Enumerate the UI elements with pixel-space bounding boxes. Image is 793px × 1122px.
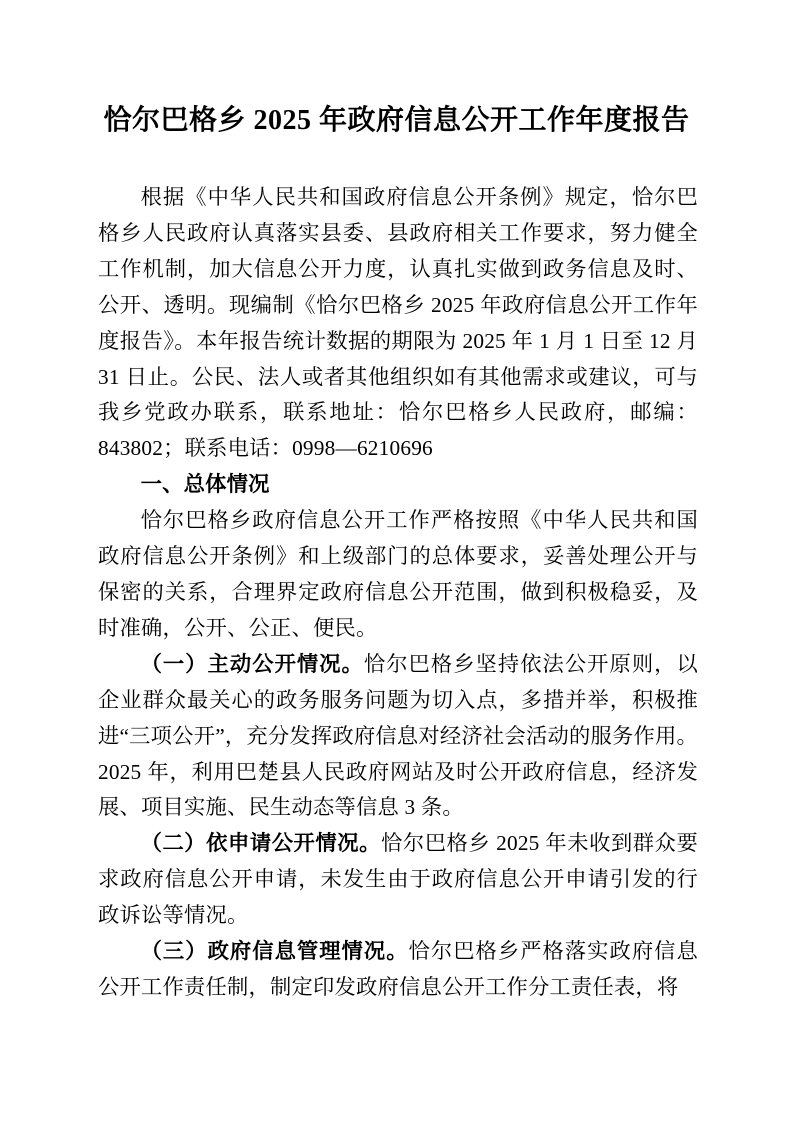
section-heading-text: 一、总体情况 <box>141 472 270 496</box>
document-page: 恰尔巴格乡 2025 年政府信息公开工作年度报告 根据《中华人民共和国政府信息公… <box>0 0 793 1122</box>
paragraph: 根据《中华人民共和国政府信息公开条例》规定，恰尔巴格乡人民政府认真落实县委、县政… <box>98 180 698 467</box>
paragraph: （二）依申请公开情况。恰尔巴格乡 2025 年未收到群众要求政府信息公开申请，未… <box>98 826 698 934</box>
paragraph-lead: （二）依申请公开情况。 <box>141 831 381 855</box>
section-heading: 一、总体情况 <box>98 467 698 503</box>
paragraph: （三）政府信息管理情况。恰尔巴格乡严格落实政府信息公开工作责任制，制定印发政府信… <box>98 934 698 1006</box>
paragraph-text: 恰尔巴格乡坚持依法公开原则，以企业群众最关心的政务服务问题为切入点，多措并举，积… <box>98 652 698 820</box>
paragraph-text: 恰尔巴格乡政府信息公开工作严格按照《中华人民共和国政府信息公开条例》和上级部门的… <box>98 508 698 640</box>
paragraph-lead: （一）主动公开情况。 <box>141 652 364 676</box>
document-title: 恰尔巴格乡 2025 年政府信息公开工作年度报告 <box>0 0 793 142</box>
paragraph: 恰尔巴格乡政府信息公开工作严格按照《中华人民共和国政府信息公开条例》和上级部门的… <box>98 503 698 647</box>
paragraph: （一）主动公开情况。恰尔巴格乡坚持依法公开原则，以企业群众最关心的政务服务问题为… <box>98 647 698 827</box>
document-body: 根据《中华人民共和国政府信息公开条例》规定，恰尔巴格乡人民政府认真落实县委、县政… <box>98 180 698 1006</box>
paragraph-lead: （三）政府信息管理情况。 <box>141 939 409 963</box>
paragraph-text: 根据《中华人民共和国政府信息公开条例》规定，恰尔巴格乡人民政府认真落实县委、县政… <box>98 185 698 460</box>
